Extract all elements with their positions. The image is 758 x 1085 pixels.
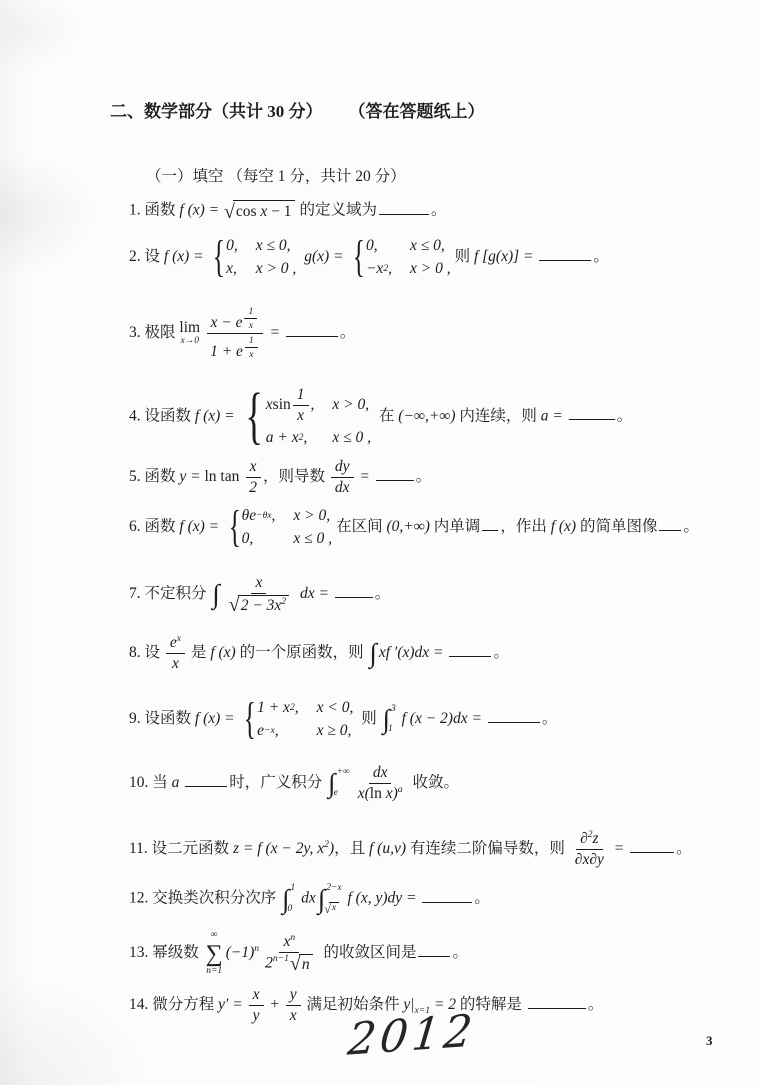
integral-sign: ∫ [212,580,219,608]
math-run: f (x) [210,644,235,661]
question-7: 7. 不定积分 ∫x√2 − 3x2 dx = 。 [129,574,390,615]
fraction-numerator: y [286,986,301,1006]
text-run: 8. 设 [129,644,164,661]
math-run: a + x [266,428,299,448]
fraction-denominator: x [286,1006,301,1025]
answer-blank [528,993,586,1009]
text-run: 则 [357,710,380,727]
text-run: 11. 设二元函数 [129,840,233,857]
section-header-title: 二、数学部分（共计 30 分） [110,102,323,121]
limit-operator: limx→0 [179,320,200,346]
fraction: exx [166,634,185,673]
math-run: , [272,506,276,526]
math-run: f (x) = [179,518,223,535]
fraction-denominator: x [293,406,308,425]
answer-blank [335,582,373,598]
math-roman-run: cos [236,203,261,220]
upper-limit: 2−x [326,884,341,894]
cases-rows: 0,x ≤ 0,x,x > 0 , [226,236,296,279]
math-run: x [250,458,257,475]
math-run: x [255,574,262,591]
fraction: 1x [245,335,258,360]
math-roman-run: − 1 [267,203,291,220]
math-run: f (x − 2)dx = [398,710,486,727]
math-run: 1 [291,883,296,893]
question-3: 3. 极限 limx→0x − e1x1 + e1x = 。 [129,306,355,360]
lower-limit: √x [323,902,341,914]
fraction-denominator: x [245,348,257,360]
math-run: x( [358,785,370,802]
math-run: x, [226,259,237,279]
math-run: x ≤ 0, [410,236,445,256]
math-run: dy [335,458,350,475]
cases-rows: x sin1x,x > 0,a + x2,x ≤ 0 , [266,386,371,448]
text-run: 。 [416,468,432,485]
text-run: 10. 当 [129,774,172,791]
radical-sign-icon: √ [290,955,301,975]
fraction: x2 [245,458,261,497]
case-value: x sin1x, [266,386,315,425]
fraction-numerator: dy [331,458,354,478]
math-run: +∞ [337,767,350,777]
case-condition: x < 0, [317,698,354,718]
summation-sign: ∞∑n=1 [206,930,223,977]
text-run: ，则导数 [263,468,329,485]
math-run: x > 0, [332,395,369,415]
math-run: 0 [288,904,293,914]
upper-limit: 3 [391,705,396,715]
math-run: a [172,774,184,791]
text-run: 4. 设函数 [129,407,195,424]
math-run: e [334,788,338,798]
answer-blank [482,515,498,531]
math-run: f (u,v) [369,840,406,857]
text-run: 时，广义积分 [229,774,326,791]
text-run: 是 [187,644,210,661]
math-run: 0, [366,236,378,256]
math-run: x [290,1007,297,1024]
case-value: x, [226,259,238,279]
math-run: z = f (x − 2y, x [233,840,324,857]
text-run: 1. 函数 [129,202,179,219]
math-run: x [177,633,181,644]
math-roman-run: sin [273,395,291,415]
lower-limit: 1 [388,725,396,735]
math-run: , [311,395,315,415]
math-run: dx [297,890,316,907]
text-run: 5. 函数 [129,468,179,485]
fraction-numerator: x [249,986,264,1006]
answer-blank [286,321,338,337]
fraction: x − e1x1 + e1x [206,306,264,360]
math-run: 1 [249,335,254,346]
radical-sign-icon: √ [229,596,240,616]
sigma-glyph: ∑ [206,942,223,966]
fraction-numerator: xn [279,933,299,953]
radical: √n [290,954,313,974]
integral-glyph: ∫ [212,580,219,608]
question-5: 5. 函数 y = ln tan x2，则导数 dydx = 。 [129,458,431,497]
math-run: z [593,830,599,847]
fraction: dxx(ln x)a [354,764,407,803]
math-run: 3 [391,704,396,714]
fraction: ∂2z∂x∂y [571,830,608,869]
left-brace-icon: { [246,385,264,449]
radical-sign-icon: √ [224,203,235,223]
math-run: 1 + x [257,698,290,718]
question-9: 9. 设函数 f (x) = {1 + x2,x < 0,e−x,x ≥ 0, … [129,698,557,741]
math-run: 2 [265,955,273,972]
piecewise-cases: {0,x ≤ 0,x,x > 0 , [209,236,296,279]
left-brace-icon: { [353,236,365,280]
math-run: x [249,320,253,331]
fraction-denominator: √2 − 3x2 [224,594,294,615]
text-run: 的简单图像 [576,518,657,535]
radical: √cos x − 1 [224,200,295,222]
math-run: f (x, y)dy = [344,890,421,907]
text-run: 。 [676,840,692,857]
upper-limit: ∞ [211,930,218,942]
integral-glyph: ∫ [369,639,376,667]
text-run: 。 [683,518,699,535]
lower-limit: n=1 [206,966,222,978]
integral-sign: ∫31 [383,705,396,735]
text-run: 有连续二阶偏导数，则 [406,840,569,857]
text-run: 满足初始条件 [303,996,404,1013]
upper-limit: +∞ [337,768,350,778]
math-run: −x [366,259,383,279]
integral-sign: ∫10 [282,884,295,914]
text-run: 的一个原函数，则 [236,644,368,661]
integral-sign: ∫2−x√x [318,884,342,914]
text-run: 13. 幂级数 [129,944,203,961]
superscript: −θx [256,511,271,521]
cases-rows: 0,x ≤ 0,−x2,x > 0 , [366,236,451,279]
question-12: 12. 交换类次积分次序 ∫10 dx∫2−x√x f (x, y)dy = 。 [129,884,490,914]
answer-blank [376,465,414,481]
fraction-denominator: ∂x∂y [571,850,608,869]
text-run: ，作出 [500,518,550,535]
fraction-numerator: 1 [244,306,257,319]
math-run: ∂x∂y [575,851,604,868]
case-value: 1 + x2, [257,698,299,718]
math-run: x > 0 , [256,259,297,279]
case-value: −x2, [366,259,392,279]
case-condition: x > 0 , [410,259,451,279]
math-run: x > 0, [293,506,330,526]
math-run: 2 [249,479,257,496]
integral-sign: ∫ [369,639,376,667]
text-run: 14. 微分方程 [129,996,218,1013]
case-value: 0, [366,236,392,256]
text-run: 。 [588,996,604,1013]
subsection-title: （一）填空 （每空 1 分，共计 20 分） [146,164,406,186]
math-run: y [253,1007,260,1024]
piecewise-cases: {x sin1x,x > 0,a + x2,x ≤ 0 , [240,386,371,448]
math-run: f (x) = [195,407,239,424]
superscript: 1x [242,306,259,331]
integral-limits: 10 [291,884,296,914]
lower-limit: e [334,789,350,799]
superscript: n [290,933,295,943]
cases-rows: 1 + x2,x < 0,e−x,x ≥ 0, [257,698,353,741]
question-4: 4. 设函数 f (x) = {x sin1x,x > 0,a + x2,x ≤… [129,386,632,448]
upper-limit: 1 [291,884,296,894]
answer-blank [569,405,615,421]
math-run: = [610,840,628,857]
answer-blank [630,837,674,853]
text-run: 。 [452,944,468,961]
math-run: n=1 [206,966,222,976]
text-run: 7. 不定积分 [129,585,210,602]
math-run: f (x) = [164,248,208,265]
text-run: 在 [375,407,398,424]
integral-sign: ∫+∞e [328,768,350,798]
superscript: 1x [243,335,260,360]
piecewise-cases: {θe−θx,x > 0,0,x ≤ 0 , [225,506,332,549]
fraction-numerator: ex [166,634,185,654]
math-run: x > 0 , [410,259,451,279]
math-run: 0, [242,529,254,549]
math-run: −θx [256,510,271,521]
fraction: 1x [293,386,309,425]
limit-subscript: x→0 [180,337,198,347]
fraction-numerator: x − e1x [207,306,264,334]
text-run: 内单调 [430,518,480,535]
math-run: , [303,428,307,448]
answer-blank [379,199,429,215]
math-run: y [290,986,297,1003]
answer-blank [418,941,450,957]
answer-blank [185,771,227,787]
case-value: e−x, [257,721,299,741]
math-run: n [302,956,310,973]
math-run: 1 + e [210,343,243,360]
piecewise-cases: {1 + x2,x < 0,e−x,x ≥ 0, [240,698,353,741]
fraction-denominator: y [249,1006,264,1025]
question-11: 11. 设二元函数 z = f (x − 2y, x2)，且 f (u,v) 有… [129,830,692,869]
answer-blank [422,887,472,903]
math-run: , [275,721,279,741]
math-run: e [170,634,177,651]
text-run: 收敛。 [409,774,459,791]
fraction: xn2n−1√n [261,933,317,974]
fraction-numerator: dx [369,764,392,784]
fraction-numerator: 1 [245,335,258,348]
text-run: 6. 函数 [129,518,179,535]
fraction: x√2 − 3x2 [224,574,294,615]
math-run: , [295,698,299,718]
math-run: 1 [297,386,305,403]
math-run: −x [264,725,275,736]
page-number: 3 [706,1033,713,1049]
math-run: + [266,996,284,1013]
text-run: 的定义域为 [296,202,377,219]
math-run: x ≤ 0 , [332,428,371,448]
math-run: ∂ [580,830,588,847]
math-run: 2 − 3x [241,597,282,614]
case-condition: x ≥ 0, [317,721,354,741]
scanned-exam-page: 二、数学部分（共计 30 分）（答在答题纸上） （一）填空 （每空 1 分，共计… [0,0,758,1085]
math-run: x − e [211,314,243,331]
math-run: g(x) = [300,248,347,265]
question-1: 1. 函数 f (x) = √cos x − 1 的定义域为。 [129,199,446,222]
case-condition: x ≤ 0, [410,236,451,256]
case-condition: x > 0 , [256,259,297,279]
question-13: 13. 幂级数 ∞∑n=1(−1)nxn2n−1√n 的收敛区间是。 [129,930,468,977]
text-run: 12. 交换类次积分次序 [129,890,280,907]
radical-sign-icon: √ [324,903,331,915]
math-run: n [254,943,259,954]
math-run: , [388,259,392,279]
radicand: 2 − 3x2 [238,595,289,615]
fraction-numerator: x [251,574,266,594]
math-run: = [266,324,284,341]
math-run: x ≥ 0, [317,721,352,741]
question-6: 6. 函数 f (x) = {θe−θx,x > 0,0,x ≤ 0 ,在区间 … [129,506,699,549]
math-run: f (x) = [179,202,223,219]
case-condition: x ≤ 0 , [293,529,332,549]
radicand: cos x − 1 [233,200,295,222]
text-run: ，且 [334,840,369,857]
math-roman-run: ln [370,785,386,802]
superscript: n [254,944,259,954]
answer-blank [488,707,540,723]
math-run: (−∞,+∞) [398,407,455,424]
math-run: 1 [248,306,253,317]
math-run: n−1 [273,953,289,964]
math-run: x [283,933,290,950]
math-run: dx [373,764,388,781]
fraction: yx [286,986,301,1025]
fraction: xy [249,986,264,1025]
fraction: dydx [331,458,354,497]
fraction-numerator: ∂2z [576,830,603,850]
superscript: n−1 [273,954,289,964]
text-run: 。 [340,324,356,341]
math-run: y′ = [218,996,246,1013]
text-run: 。 [431,202,447,219]
left-brace-icon: { [213,236,225,280]
superscript: −x [264,726,275,736]
math-run: a [398,784,403,795]
integral-limits: 2−x√x [326,884,341,914]
case-condition: x > 0, [293,506,332,526]
text-run: 。 [542,710,558,727]
fraction-denominator: x [168,654,183,673]
section-header-note: （答在答题纸上） [349,102,485,121]
math-run: e [257,721,264,741]
superscript: x [177,634,181,644]
case-condition: x ≤ 0 , [332,428,371,448]
question-8: 8. 设 exx 是 f (x) 的一个原函数，则 ∫xf ′(x)dx = 。 [129,634,509,673]
handwritten-year-note: 2012 [345,1005,478,1065]
text-run: 内连续，则 [456,407,541,424]
text-run: 9. 设函数 [129,710,195,727]
fraction: 1x [244,306,257,331]
math-run: x [297,407,304,424]
text-run: 在区间 [336,518,386,535]
math-run: x < 0, [317,698,354,718]
math-run: x ≤ 0, [256,236,291,256]
case-condition: x ≤ 0, [256,236,297,256]
math-run: x) [386,785,398,802]
math-run: (−1) [226,944,255,961]
superscript: a [398,785,403,795]
math-run: = [356,468,374,485]
text-run: 3. 极限 [129,324,179,341]
text-run: 则 [455,248,474,265]
case-value: θe−θx, [242,506,276,526]
question-2: 2. 设 f (x) = {0,x ≤ 0,x,x > 0 , g(x) = {… [129,236,609,279]
fraction-denominator: x [245,319,257,331]
fraction-denominator: dx [331,478,354,497]
text-run: 。 [593,248,609,265]
text-run: 。 [493,644,509,661]
math-run: n [290,932,295,943]
answer-blank [449,641,491,657]
fraction-numerator: x [246,458,261,478]
answer-blank [659,515,681,531]
math-run: f (x) [551,518,576,535]
math-run: dx = [296,585,333,602]
fraction-numerator: 1 [293,386,309,406]
math-run: x [332,903,336,913]
radical: √x [324,902,339,914]
integral-limits: 31 [391,705,396,735]
text-run: 的收敛区间是 [320,944,417,961]
fraction-denominator: 2n−1√n [261,953,317,974]
case-value: a + x2, [266,428,315,448]
math-run: y = [179,468,204,485]
text-run: 。 [474,890,490,907]
section-header: 二、数学部分（共计 30 分）（答在答题纸上） [110,97,485,122]
cases-rows: θe−θx,x > 0,0,x ≤ 0 , [242,506,332,549]
radical: √2 − 3x2 [229,595,289,615]
math-run: x ≤ 0 , [293,529,332,549]
text-run: 2. 设 [129,248,164,265]
question-10: 10. 当 a 时，广义积分 ∫+∞edxx(ln x)a 收敛。 [129,764,459,803]
math-run: 1 [388,724,393,734]
case-value: 0, [242,529,276,549]
math-roman-run: ln tan [204,468,243,485]
fraction-denominator: 1 + e1x [206,334,264,361]
math-run: dx [335,479,350,496]
integral-limits: +∞e [337,768,350,798]
math-run: x [172,655,179,672]
superscript: 2 [281,597,286,607]
piecewise-cases: {0,x ≤ 0,−x2,x > 0 , [349,236,450,279]
case-condition: x > 0, [332,395,371,415]
math-run: x [249,349,253,360]
math-run: 0, [226,236,238,256]
text-run: 。 [617,407,633,424]
math-run: ∞ [211,930,218,940]
answer-blank [539,245,591,261]
math-run: 2−x [326,883,341,893]
fraction-denominator: x(ln x)a [354,784,407,803]
lower-limit: 0 [288,905,296,915]
math-run: (0,+∞) [386,518,429,535]
math-run: x [253,986,260,1003]
left-brace-icon: { [229,506,241,550]
math-run: f (x) = [195,710,239,727]
case-value: 0, [226,236,238,256]
text-run: 。 [375,585,391,602]
fraction-denominator: 2 [245,478,261,497]
math-run: xf ′(x)dx = [379,644,448,661]
math-run: x [266,395,273,415]
